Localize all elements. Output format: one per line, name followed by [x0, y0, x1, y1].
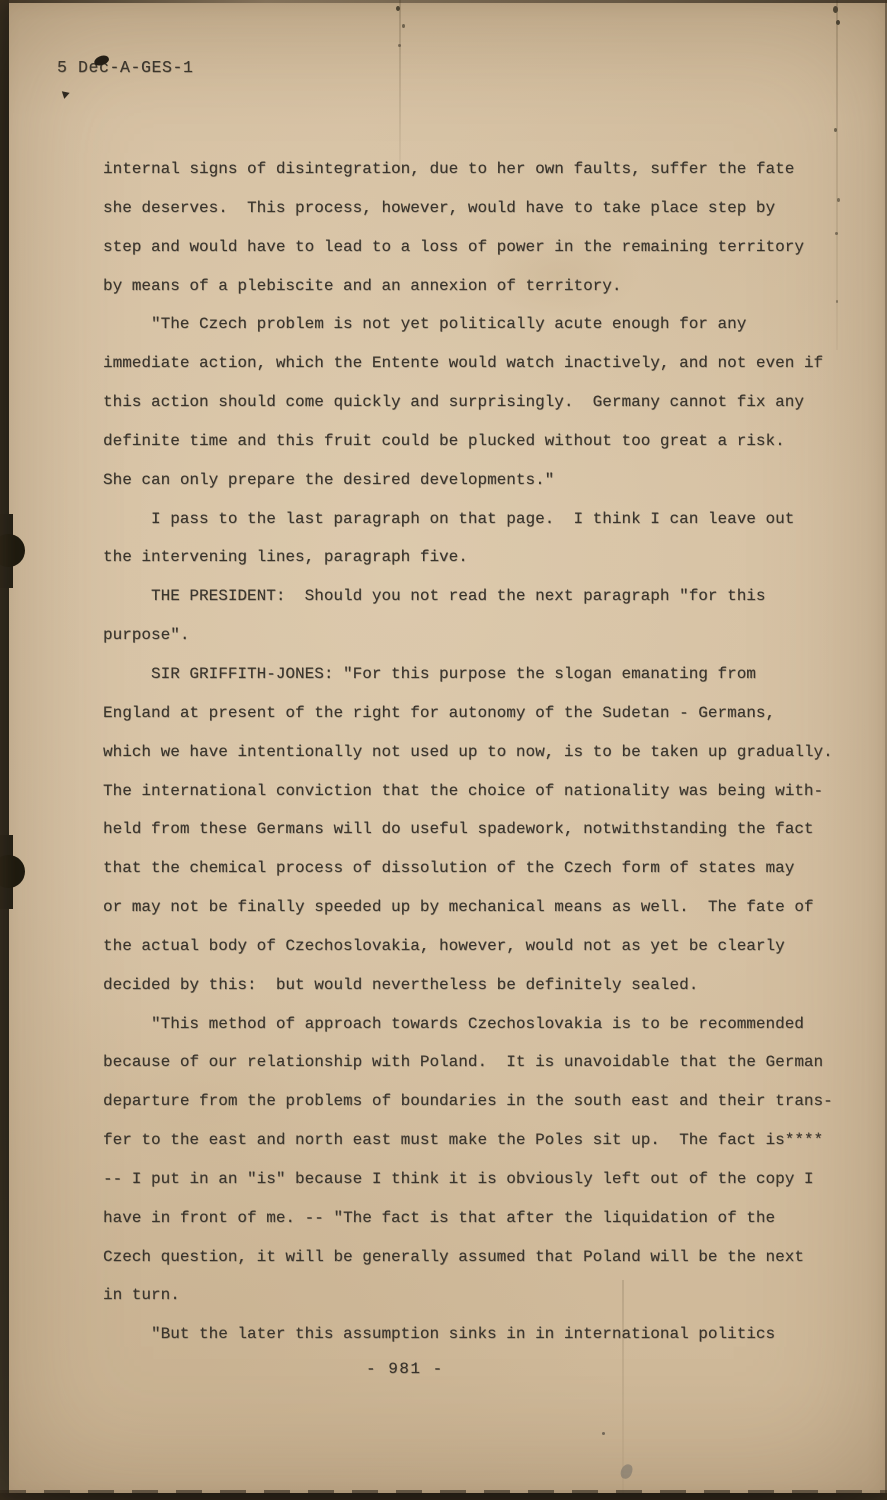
- text-line: decided by this: but would nevertheless …: [103, 966, 863, 1005]
- text-line: "The Czech problem is not yet politicall…: [103, 305, 863, 344]
- pencil-smudge: [619, 1463, 634, 1480]
- text-line: SIR GRIFFITH-JONES: "For this purpose th…: [103, 655, 863, 694]
- text-line: England at present of the right for auto…: [103, 694, 863, 733]
- ink-tick-mark: [60, 91, 69, 100]
- paragraph: I pass to the last paragraph on that pag…: [103, 500, 863, 578]
- text-line: which we have intentionally not used up …: [103, 733, 863, 772]
- text-line: this action should come quickly and surp…: [103, 383, 863, 422]
- text-line: have in front of me. -- "The fact is tha…: [103, 1199, 863, 1238]
- paragraph: SIR GRIFFITH-JONES: "For this purpose th…: [103, 655, 863, 1005]
- scan-edge-left: [0, 0, 9, 1500]
- scanned-document-page: 5 Dec-A-GES-1 internal signs of disinteg…: [0, 0, 887, 1500]
- text-line: she deserves. This process, however, wou…: [103, 189, 863, 228]
- text-line: -- I put in an "is" because I think it i…: [103, 1160, 863, 1199]
- paragraph: internal signs of disintegration, due to…: [103, 150, 863, 305]
- crease-speck: [836, 20, 840, 25]
- crease-speck: [396, 6, 400, 11]
- crease-speck: [833, 6, 838, 13]
- text-line: internal signs of disintegration, due to…: [103, 150, 863, 189]
- text-line: the intervening lines, paragraph five.: [103, 538, 863, 577]
- text-line: purpose".: [103, 616, 863, 655]
- text-line: departure from the problems of boundarie…: [103, 1082, 863, 1121]
- crease-speck: [398, 44, 401, 47]
- header-docket: 5 Dec-A-GES-1: [57, 58, 194, 77]
- hole-punch-top: [0, 534, 25, 567]
- fold-crease-top-center: [399, 0, 401, 175]
- scan-edge-top: [0, 0, 887, 3]
- text-line: The international conviction that the ch…: [103, 772, 863, 811]
- paragraph: "The Czech problem is not yet politicall…: [103, 305, 863, 499]
- text-line: Czech question, it will be generally ass…: [103, 1238, 863, 1277]
- text-line: "This method of approach towards Czechos…: [103, 1005, 863, 1044]
- hole-punch-bottom: [0, 855, 25, 888]
- text-line: held from these Germans will do useful s…: [103, 810, 863, 849]
- text-line: by means of a plebiscite and an annexion…: [103, 267, 863, 306]
- text-line: immediate action, which the Entente woul…: [103, 344, 863, 383]
- paragraph: THE PRESIDENT: Should you not read the n…: [103, 577, 863, 655]
- text-line: step and would have to lead to a loss of…: [103, 228, 863, 267]
- text-line: She can only prepare the desired develop…: [103, 461, 863, 500]
- text-line: or may not be finally speeded up by mech…: [103, 888, 863, 927]
- text-line: THE PRESIDENT: Should you not read the n…: [103, 577, 863, 616]
- text-line: in turn.: [103, 1276, 863, 1315]
- pencil-dot: [602, 1432, 605, 1435]
- paragraph: "But the later this assumption sinks in …: [103, 1315, 863, 1354]
- scan-edge-bottom: [0, 1493, 887, 1500]
- text-line: because of our relationship with Poland.…: [103, 1043, 863, 1082]
- text-line: definite time and this fruit could be pl…: [103, 422, 863, 461]
- text-line: that the chemical process of dissolution…: [103, 849, 863, 888]
- page-number: - 981 -: [366, 1360, 444, 1378]
- text-line: fer to the east and north east must make…: [103, 1121, 863, 1160]
- text-line: I pass to the last paragraph on that pag…: [103, 500, 863, 539]
- crease-speck: [834, 128, 837, 132]
- body-text: internal signs of disintegration, due to…: [103, 150, 863, 1354]
- paragraph: "This method of approach towards Czechos…: [103, 1005, 863, 1316]
- crease-speck: [402, 24, 405, 28]
- text-line: the actual body of Czechoslovakia, howev…: [103, 927, 863, 966]
- text-line: "But the later this assumption sinks in …: [103, 1315, 863, 1354]
